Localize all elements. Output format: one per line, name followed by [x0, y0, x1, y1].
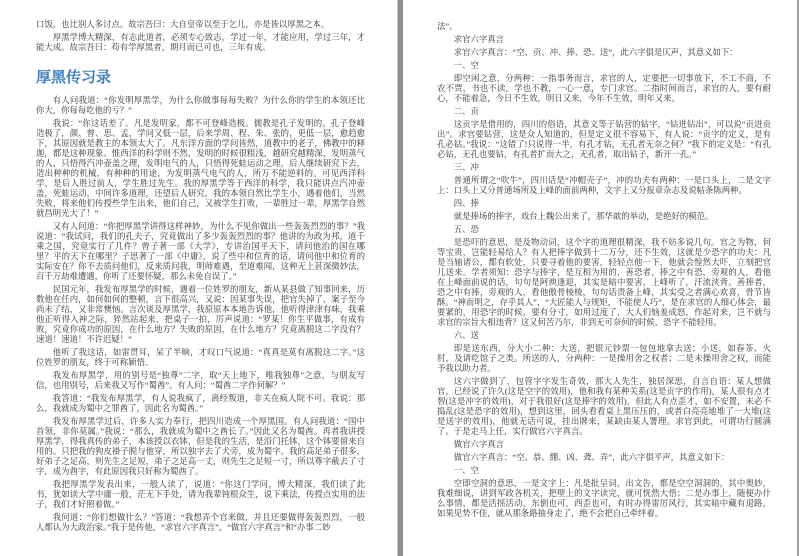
paragraph: 即是送东西，分大小二种：大送，把银元钞票一包包地拿去送；小送，如春茶、火肘，及请…	[437, 344, 771, 374]
page-left: 口饭，也比别人多讨点。故宗吾曰：大自皇帝以至于乞儿，亦是皆以厚黑之本。厚黑学博大…	[0, 0, 397, 556]
paragraph: 空即空洞的意思，一是文字上：凡是批呈词，出文告，都是空空洞洞的，其中奥妙，我难细…	[437, 479, 771, 519]
section-label: 做官六字真言	[437, 440, 771, 450]
paragraph: 普通所谓之“吹牛”，四川话是“冲帽壳子”，冲的功夫有两种：一是口头上，二是文字上…	[437, 176, 771, 196]
paragraph: 民国元年，我发布厚黑学的时候，遇着一位姓罗的朋友，新从某县做了知事回来，历数他在…	[36, 285, 365, 345]
paragraph: 法”。	[437, 22, 771, 32]
section-label: 二、贡	[437, 107, 771, 117]
paragraph: 即空闲之意，分两种：一指事务而言，求官的人，定要把一切事放下，不工不商，不农不贾…	[437, 74, 771, 104]
section-label: 四、捧	[437, 199, 771, 209]
book-reader: 口饭，也比别人多讨点。故宗吾曰：大自皇帝以至于乞儿，亦是皆以厚黑之本。厚黑学博大…	[0, 0, 799, 556]
section-label: 一、空	[437, 61, 771, 71]
paragraph: 我发布厚黑学过后，许多人实力奉行，把四川造成一个厚黑国。有人问我道：“国中首领，…	[36, 417, 365, 477]
paragraph: 是恐吓的意思，是及物动词，这个字的道理很精深，我不妨多说几句。官之为物，何等宝贵…	[437, 238, 771, 328]
paragraph: 我把厚黑学发表出来，一般人读了，说道：“你这门学问，博大精深，我们读了此书，犹如…	[36, 480, 365, 510]
section-label: 三、冲	[437, 163, 771, 173]
paragraph: 口饭，也比别人多讨点。故宗吾曰：大自皇帝以至于乞儿，亦是皆以厚黑之本。	[36, 20, 365, 30]
section-label: 五、恐	[437, 225, 771, 235]
paragraph: 做官六字真言：“空、恭、绷、凶、聋、弄”，此六字俱平声，其意义如下：	[437, 453, 771, 463]
paragraph: 有人问我道：“你发明厚黑学，为什么你做事每每失败？为什么你的学生的本领还比你大，…	[36, 96, 365, 116]
page-left-text: 口饭，也比别人多讨点。故宗吾曰：大自皇帝以至于乞儿，亦是皆以厚黑之本。厚黑学博大…	[36, 20, 365, 533]
section-label: 六、送	[437, 331, 771, 341]
paragraph: 他听了我这话，如雷贯耳，呆了半晌，才叹口气说道：“真真是莫有离脱这二字。”这位姓…	[36, 348, 365, 368]
paragraph: 这六字做到了，包管字字发生奇效，那大人先生，独居深思，自言自语：某人想做官，已经…	[437, 377, 771, 437]
paragraph: 我问道：“你们想做什么？”答道：“我想弄个官来做，并且还要做得轰轰烈烈，一般人都…	[36, 513, 365, 533]
paragraph: 又有人问道：“你把厚黑学讲得这样神妙，为什么不见你做出一些轰轰烈烈的事？”我说道…	[36, 222, 365, 282]
paragraph: 这贡字是借用的，四川的俗语，其意义等于钻营的钻字，“钻进钻出”，可以说“贡进贡出…	[437, 120, 771, 160]
section-label: 一、空	[437, 466, 771, 476]
paragraph: 我说：“你这话差了。凡是发明家，都不可登峰造极。儒教是孔子发明的。孔子登峰造极了…	[36, 119, 365, 219]
chapter-title: 厚黑传习录	[36, 69, 365, 87]
paragraph: 就是捧场的捧字，戏台上魏公出来了，那华歆的举动，是绝好的模范。	[437, 212, 771, 222]
section-label: 求官六字真言	[437, 35, 771, 45]
paragraph: 求官六字真言：“空、贡、冲、捧、恐、送”，此六字俱是仄声，其意义如下：	[437, 48, 771, 58]
paragraph: 我答道：“我发布厚黑学，有人说我疯了，离经叛道，非关在疯人院不可。我说：那么，我…	[36, 394, 365, 414]
page-right: 法”。求官六字真言求官六字真言：“空、贡、冲、捧、恐、送”，此六字俱是仄声，其意…	[403, 0, 799, 556]
page-right-text: 法”。求官六字真言求官六字真言：“空、贡、冲、捧、恐、送”，此六字俱是仄声，其意…	[437, 22, 771, 519]
paragraph: 厚黑学博大精深，有志此道者，必须专心致志，学过一年，才能应用，学过三年，才能大成…	[36, 33, 365, 53]
paragraph: 我发布厚黑学，用的别号是“独尊”二字，取“天上地下，唯我独尊”之意，与朋友写信，…	[36, 371, 365, 391]
